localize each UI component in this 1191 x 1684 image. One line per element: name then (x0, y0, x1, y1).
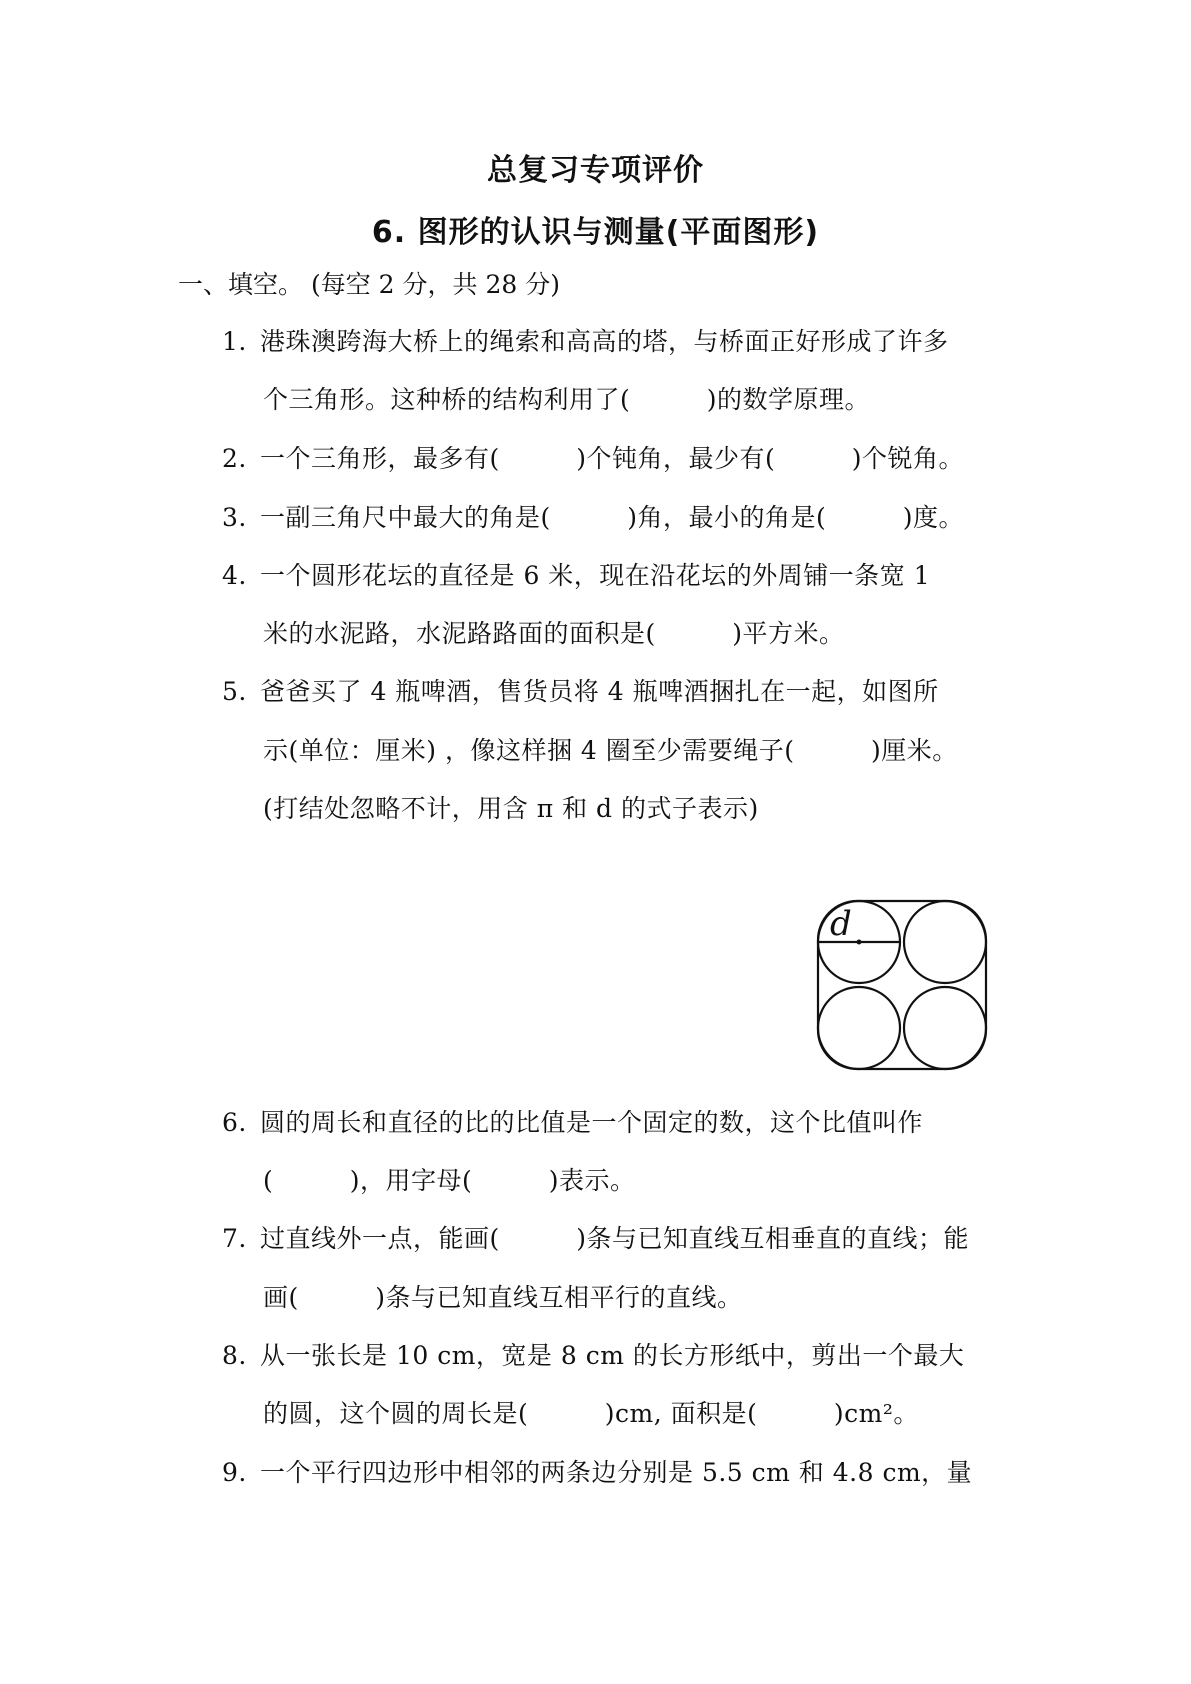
section-heading: 一、填空。 (每空 2 分，共 28 分) (178, 265, 560, 301)
question-text: 过直线外一点，能画( )条与已知直线互相垂直的直线；能 (260, 1224, 969, 1253)
diameter-label: d (830, 904, 852, 944)
page-title: 总复习专项评价 (0, 145, 1191, 189)
question-number: 4. (222, 561, 260, 590)
question-2: 2.一个三角形，最多有( )个钝角，最少有( )个锐角。 (222, 439, 964, 475)
question-9: 9.一个平行四边形中相邻的两条边分别是 5.5 cm 和 4.8 cm，量 (222, 1453, 972, 1489)
bottle-bundle-figure: d (812, 895, 992, 1075)
question-number: 8. (222, 1341, 260, 1370)
question-text: 一个平行四边形中相邻的两条边分别是 5.5 cm 和 4.8 cm，量 (260, 1458, 972, 1487)
question-4: 4.一个圆形花坛的直径是 6 米，现在沿花坛的外周铺一条宽 1 (222, 556, 930, 592)
question-number: 2. (222, 444, 260, 473)
page-subtitle: 6. 图形的认识与测量(平面图形) (0, 207, 1191, 251)
question-8: 8.从一张长是 10 cm，宽是 8 cm 的长方形纸中，剪出一个最大 (222, 1336, 964, 1372)
question-number: 5. (222, 677, 260, 706)
question-text: 港珠澳跨海大桥上的绳索和高高的塔，与桥面正好形成了许多 (260, 327, 949, 356)
question-text: 一副三角尺中最大的角是( )角，最小的角是( )度。 (260, 503, 964, 532)
question-number: 7. (222, 1224, 260, 1253)
question-4-cont: 米的水泥路，水泥路路面的面积是( )平方米。 (263, 614, 845, 650)
question-number: 1. (222, 327, 260, 356)
question-text: 一个三角形，最多有( )个钝角，最少有( )个锐角。 (260, 444, 964, 473)
question-5: 5.爸爸买了 4 瓶啤酒，售货员将 4 瓶啤酒捆扎在一起，如图所 (222, 672, 939, 708)
question-5-cont: 示(单位：厘米) ，像这样捆 4 圈至少需要绳子( )厘米。 (263, 731, 958, 767)
question-5-note: (打结处忽略不计，用含 π 和 d 的式子表示) (263, 789, 759, 825)
question-text: 爸爸买了 4 瓶啤酒，售货员将 4 瓶啤酒捆扎在一起，如图所 (260, 677, 939, 706)
question-1-cont: 个三角形。这种桥的结构利用了( )的数学原理。 (263, 380, 870, 416)
question-1: 1.港珠澳跨海大桥上的绳索和高高的塔，与桥面正好形成了许多 (222, 322, 949, 358)
question-6: 6.圆的周长和直径的比的比值是一个固定的数，这个比值叫作 (222, 1103, 923, 1139)
question-text: 一个圆形花坛的直径是 6 米，现在沿花坛的外周铺一条宽 1 (260, 561, 930, 590)
question-text: 从一张长是 10 cm，宽是 8 cm 的长方形纸中，剪出一个最大 (260, 1341, 964, 1370)
question-7-cont: 画( )条与已知直线互相平行的直线。 (263, 1278, 743, 1314)
question-number: 6. (222, 1108, 260, 1137)
question-text: 圆的周长和直径的比的比值是一个固定的数，这个比值叫作 (260, 1108, 923, 1137)
question-8-cont: 的圆，这个圆的周长是( )cm, 面积是( )cm²。 (263, 1394, 919, 1430)
question-number: 9. (222, 1458, 260, 1487)
question-7: 7.过直线外一点，能画( )条与已知直线互相垂直的直线；能 (222, 1219, 969, 1255)
question-number: 3. (222, 503, 260, 532)
question-3: 3.一副三角尺中最大的角是( )角，最小的角是( )度。 (222, 498, 964, 534)
question-6-cont: ( )，用字母( )表示。 (263, 1161, 636, 1197)
